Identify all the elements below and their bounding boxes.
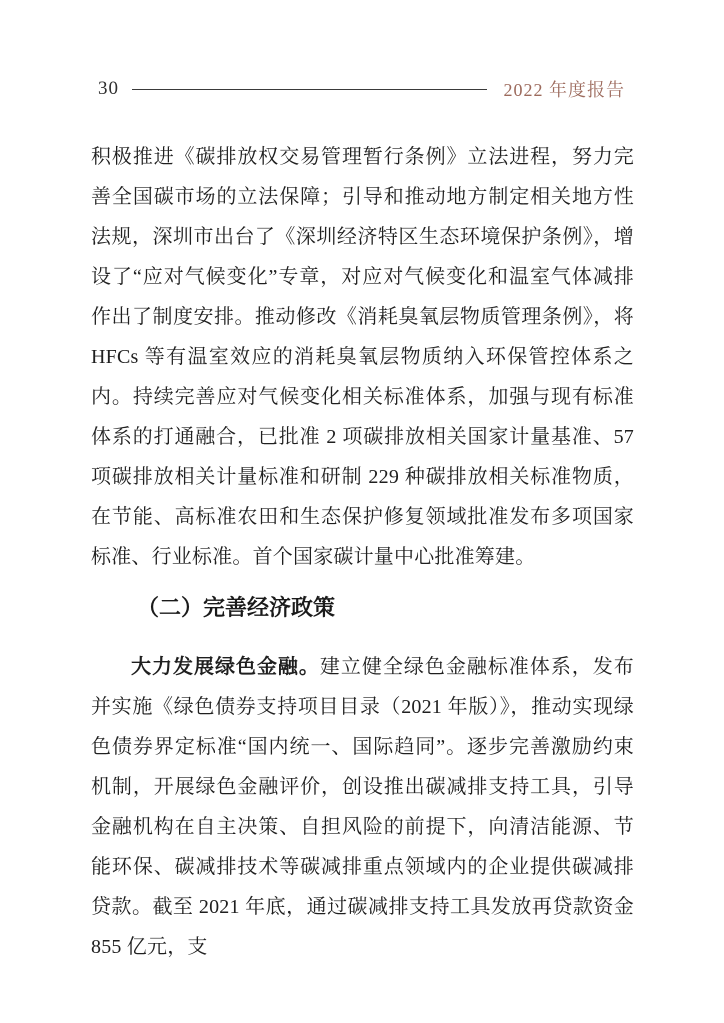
- paragraph-climate-legislation: 积极推进《碳排放权交易管理暂行条例》立法进程，努力完善全国碳市场的立法保障；引导…: [91, 137, 634, 577]
- paragraph-green-finance-text: 建立健全绿色金融标准体系，发布并实施《绿色债券支持项目目录（2021 年版）》，…: [91, 656, 634, 958]
- paragraph-green-finance: 大力发展绿色金融。建立健全绿色金融标准体系，发布并实施《绿色债券支持项目目录（2…: [91, 647, 634, 967]
- report-title: 2022 年度报告: [504, 76, 626, 102]
- header-rule-divider: [132, 89, 487, 90]
- section-heading-economic-policy: （二）完善经济政策: [91, 593, 634, 623]
- page-header: 30 2022 年度报告: [98, 76, 625, 102]
- page-number: 30: [98, 78, 119, 100]
- document-page: 30 2022 年度报告 积极推进《碳排放权交易管理暂行条例》立法进程，努力完善…: [0, 0, 724, 1023]
- paragraph-green-finance-lead: 大力发展绿色金融。: [131, 656, 320, 678]
- page-body: 积极推进《碳排放权交易管理暂行条例》立法进程，努力完善全国碳市场的立法保障；引导…: [91, 137, 634, 967]
